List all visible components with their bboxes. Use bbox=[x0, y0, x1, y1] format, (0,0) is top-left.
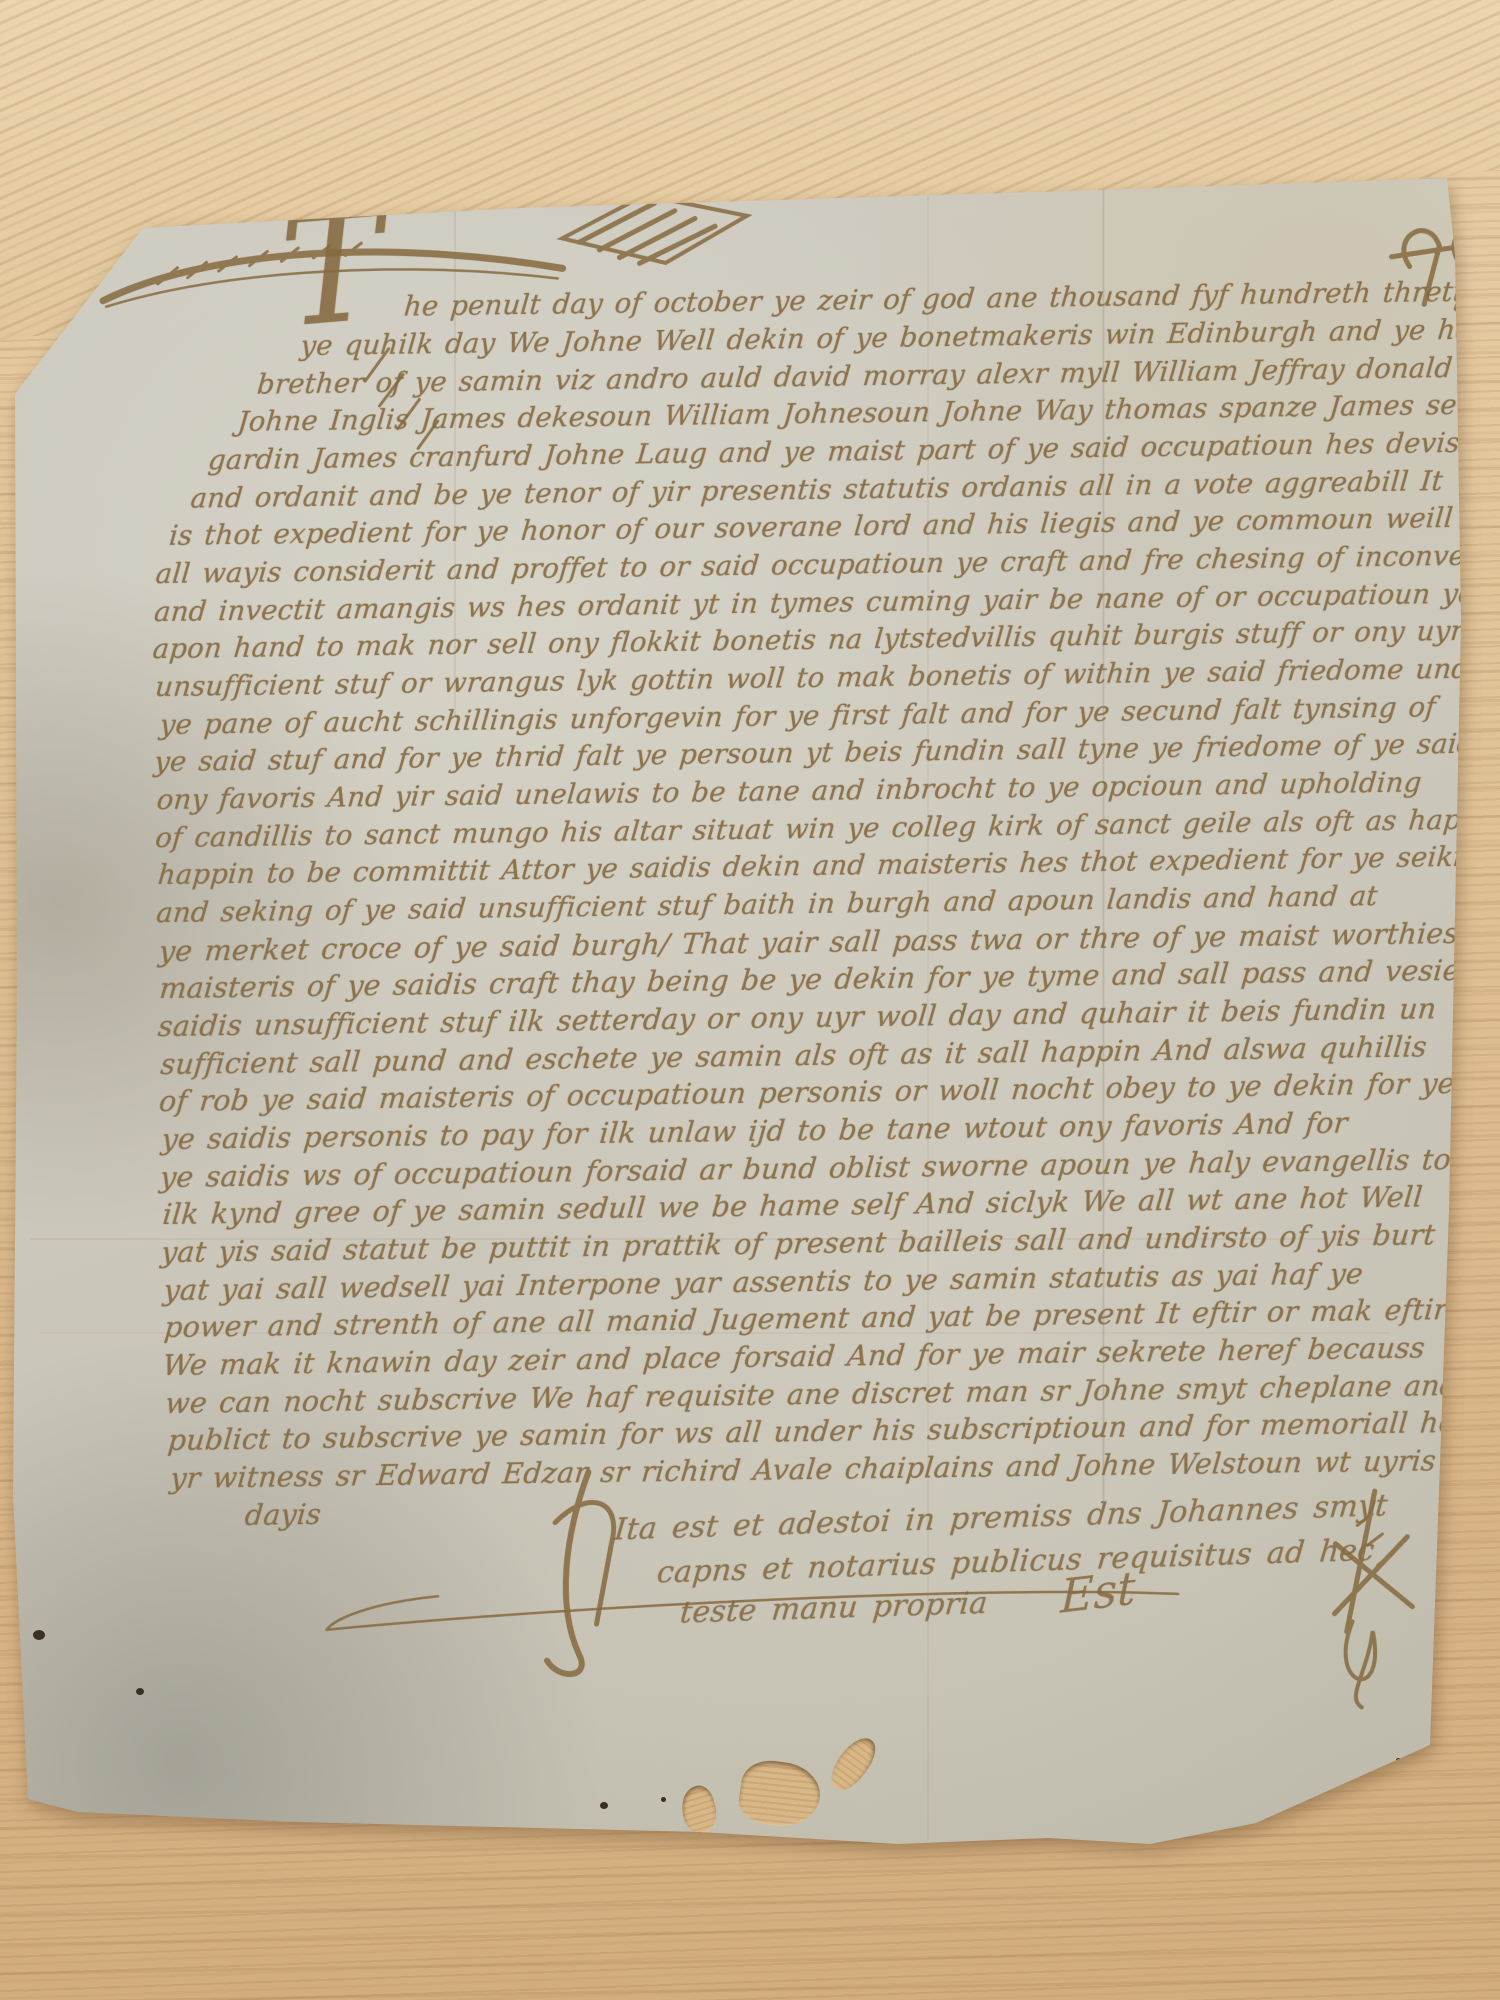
notary-monogram-icon bbox=[1315, 1480, 1438, 1712]
manuscript-line: dayis bbox=[243, 1498, 322, 1532]
line-end-flourish-icon bbox=[1387, 204, 1484, 320]
notary-underline-flourish-icon bbox=[318, 1574, 1189, 1646]
docket-swash-icon bbox=[536, 1463, 659, 1685]
initial-letter: T bbox=[275, 190, 389, 350]
parchment-wrapper: T he penult day of october ye zeir of go… bbox=[0, 0, 1500, 2000]
manuscript-photo: T he penult day of october ye zeir of go… bbox=[0, 0, 1500, 2000]
parchment-sheet: T he penult day of october ye zeir of go… bbox=[0, 0, 1500, 2000]
handwritten-text-block: T he penult day of october ye zeir of go… bbox=[0, 0, 1500, 2000]
